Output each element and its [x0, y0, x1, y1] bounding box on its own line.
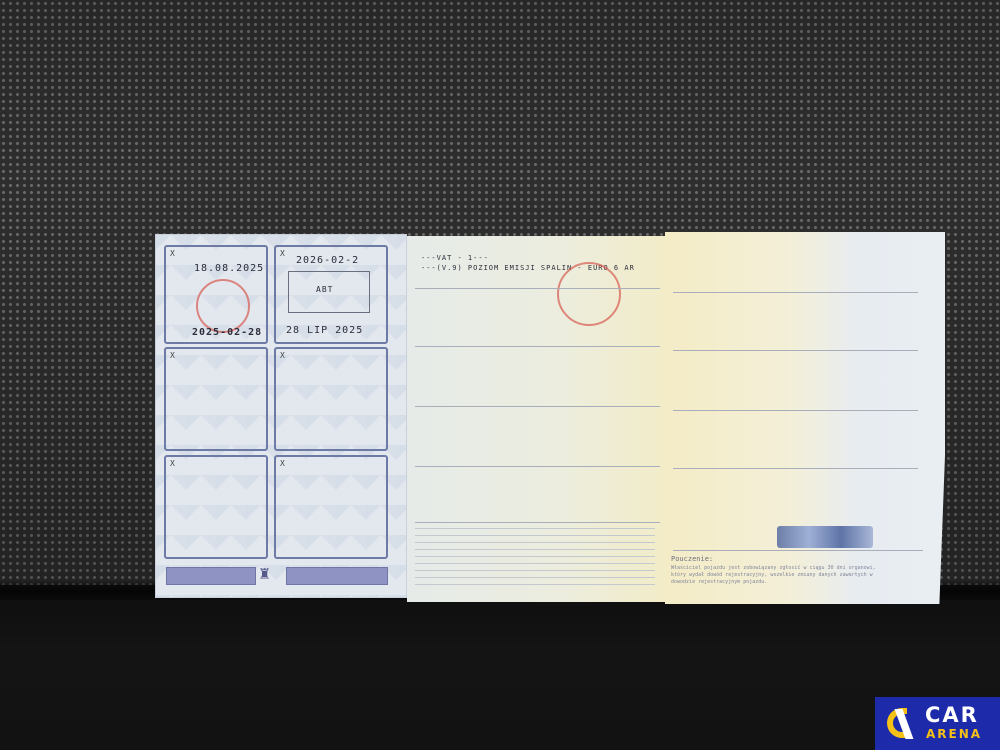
- logo-text-car: CAR: [925, 703, 979, 727]
- stamp-code: ABT: [316, 285, 333, 294]
- stamp-date: 18.08.2025: [194, 263, 264, 274]
- car-arena-logo: CAR ARENA: [875, 697, 1000, 750]
- rule: [415, 522, 660, 523]
- box-marker: X: [170, 351, 175, 360]
- decorative-band: [166, 567, 256, 585]
- box-marker: X: [170, 459, 175, 468]
- registration-document: X 18.08.2025 2025-02-28 X 2026-02-2 ABT …: [155, 232, 945, 612]
- empty-box-4: X: [274, 455, 388, 559]
- rule: [415, 346, 660, 347]
- decorative-band: [286, 567, 388, 585]
- rule: [673, 350, 918, 351]
- box-marker: X: [280, 249, 285, 258]
- logo-text-arena: ARENA: [926, 727, 982, 741]
- left-page: X 18.08.2025 2025-02-28 X 2026-02-2 ABT …: [155, 234, 407, 598]
- rule: [673, 292, 918, 293]
- notice-title: Pouczenie:: [671, 556, 713, 563]
- notice-text: Właściciel pojazdu jest zobowiązany zgło…: [671, 565, 891, 586]
- empty-box-2: X: [274, 347, 388, 451]
- hologram: [777, 526, 873, 548]
- annotation-line: ---VAT - 1---: [421, 254, 489, 262]
- eagle-emblem-icon: ♜: [259, 563, 270, 584]
- rule: [415, 466, 660, 467]
- box-marker: X: [280, 351, 285, 360]
- empty-box-1: X: [164, 347, 268, 451]
- rule: [673, 468, 918, 469]
- box-marker: X: [280, 459, 285, 468]
- red-seal: [557, 262, 621, 326]
- middle-page: ---VAT - 1--- ---(V.9) POZIOM EMISJI SPA…: [407, 236, 665, 602]
- red-seal: [196, 279, 250, 333]
- stamp-date: 2026-02-2: [296, 255, 359, 266]
- rule: [673, 550, 923, 551]
- stamp-date: 2025-02-28: [192, 327, 262, 338]
- stamp-date: 28 LIP 2025: [286, 325, 363, 336]
- right-page: Pouczenie: Właściciel pojazdu jest zobow…: [665, 232, 945, 604]
- rule: [673, 410, 918, 411]
- box-marker: X: [170, 249, 175, 258]
- rule: [415, 288, 660, 289]
- stamp-box-2: X 2026-02-2 ABT 28 LIP 2025: [274, 245, 388, 344]
- stamp-box-1: X 18.08.2025 2025-02-28: [164, 245, 268, 344]
- empty-box-3: X: [164, 455, 268, 559]
- fine-print: [415, 528, 655, 588]
- rule: [415, 406, 660, 407]
